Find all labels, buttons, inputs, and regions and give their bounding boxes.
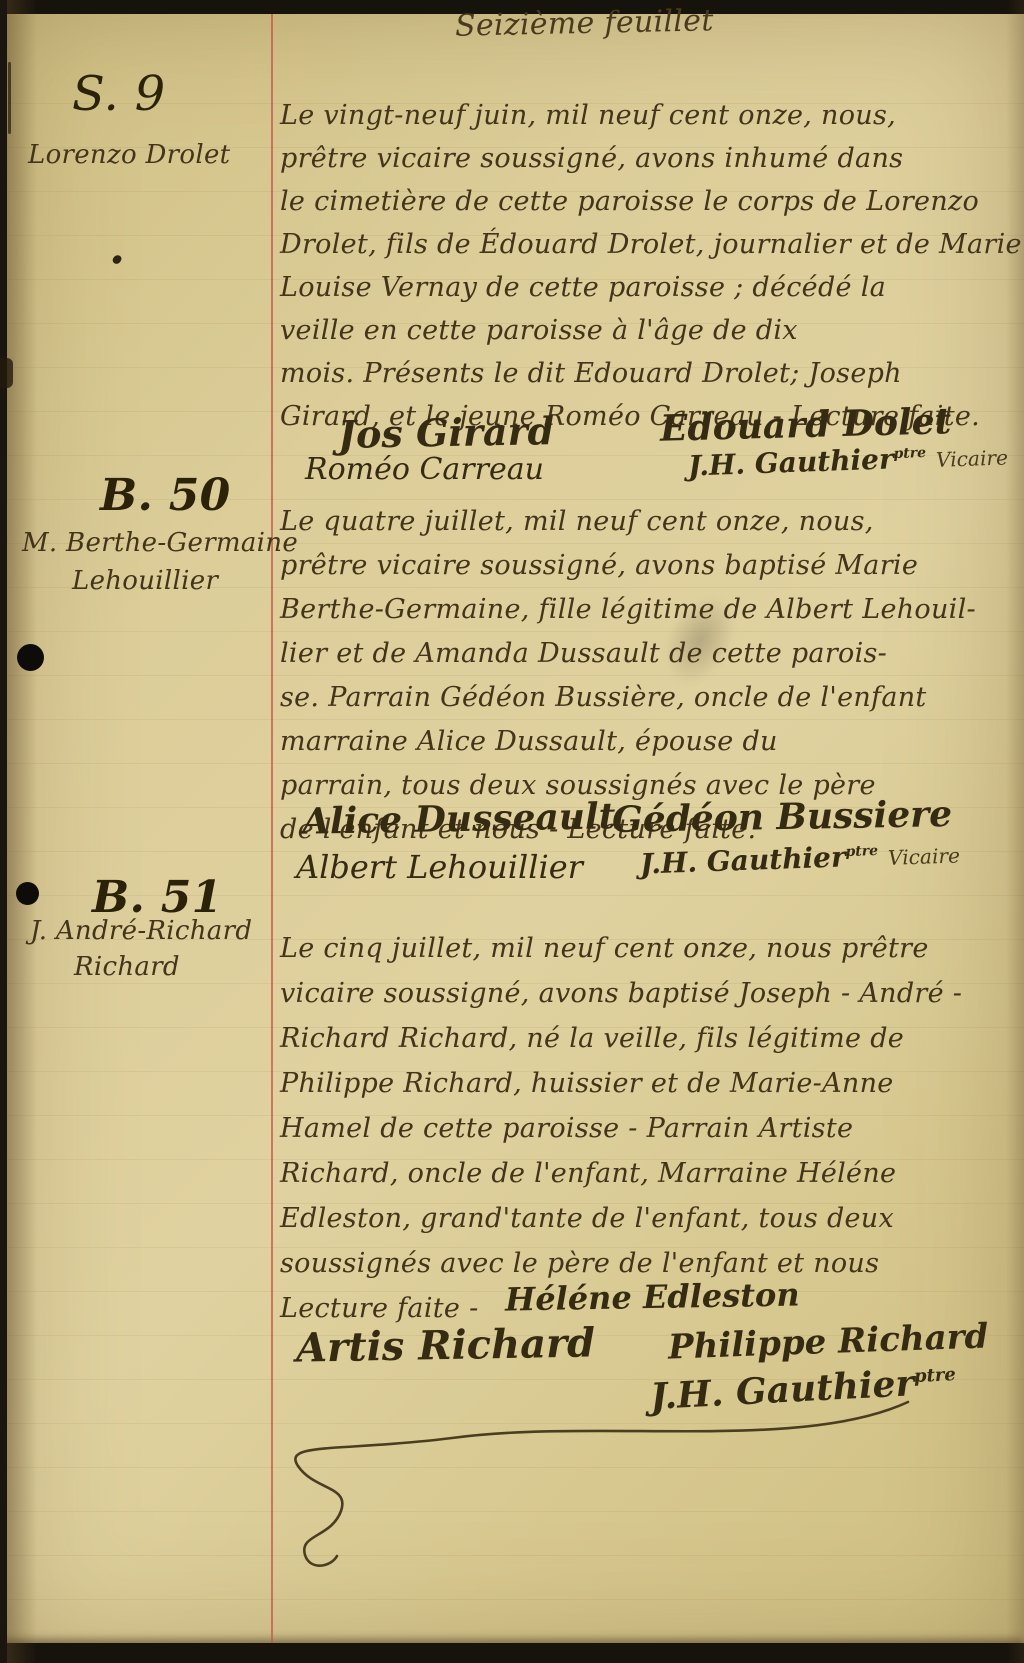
record-text-line: prêtre vicaire soussigné, avons inhumé d… <box>280 137 1014 180</box>
binding-edge <box>0 0 7 1663</box>
margin-name-lorenzo-drolet: Lorenzo Drolet <box>28 140 230 170</box>
margin-code-s9: S. 9 <box>72 66 165 122</box>
priest-name: J.H. Gauthier <box>640 840 847 880</box>
record-text-line: lier et de Amanda Dussault de cette paro… <box>280 632 1014 676</box>
record-text-line: Edleston, grand'tante de l'enfant, tous … <box>280 1196 1014 1241</box>
record-text-line: vicaire soussigné, avons baptisé Joseph … <box>280 971 1014 1016</box>
record-text-line: veille en cette paroisse à l'âge de dix <box>280 309 1014 352</box>
binding-shadow <box>7 0 37 1663</box>
signature-albert-lehouillier: Albert Lehouillier <box>296 848 583 886</box>
record-text-line: marraine Alice Dussault, épouse du <box>280 720 1014 764</box>
signature-artis-richard: Artis Richard <box>296 1319 596 1371</box>
hole-punch <box>17 644 44 671</box>
record-text-line: Berthe-Germaine, fille légitime de Alber… <box>280 588 1014 632</box>
ink-blot <box>111 254 122 266</box>
priest-abbrev: ptre <box>893 445 926 462</box>
register-page: Seizième feuillet S. 9 Lorenzo Drolet Le… <box>0 0 1024 1663</box>
signature-gedeon-bussiere: Gédéon Bussiere <box>612 793 953 841</box>
binding-mark <box>8 62 11 134</box>
margin-rule-line <box>271 14 273 1643</box>
signature-jos-girard: Jos Girard <box>338 408 555 457</box>
signature-romeo-carreau: Roméo Carreau <box>305 452 544 487</box>
record-text-line: se. Parrain Gédéon Bussière, oncle de l'… <box>280 676 1014 720</box>
margin-name-berthe-germaine: M. Berthe-Germaine <box>22 528 298 558</box>
page-header: Seizième feuillet <box>455 3 714 43</box>
record-text-line: mois. Présents le dit Edouard Drolet; Jo… <box>280 352 1014 395</box>
priest-abbrev: ptre <box>913 1364 956 1387</box>
signature-alice-dusseault: Alice Dusseault <box>302 795 616 842</box>
record-text-line: Richard Richard, né la veille, fils légi… <box>280 1016 1014 1061</box>
priest-abbrev: ptre <box>845 843 878 860</box>
record-text-line: Le vingt-neuf juin, mil neuf cent onze, … <box>280 94 1014 137</box>
signature-priest-gauthier: J.H. Gauthierptre <box>649 1360 957 1418</box>
record-text-line: prêtre vicaire soussigné, avons baptisé … <box>280 544 1014 588</box>
priest-title: Vicaire <box>888 843 961 869</box>
record-text-line: Richard, oncle de l'enfant, Marraine Hél… <box>280 1151 1014 1196</box>
record-text-line: Louise Vernay de cette paroisse ; décédé… <box>280 266 1014 309</box>
record-text-line: Le cinq juillet, mil neuf cent onze, nou… <box>280 926 1014 971</box>
record-text-line: Drolet, fils de Édouard Drolet, journali… <box>280 223 1014 266</box>
burial-record-body: Le vingt-neuf juin, mil neuf cent onze, … <box>280 94 1014 438</box>
record-text-line: Le quatre juillet, mil neuf cent onze, n… <box>280 500 1014 544</box>
margin-name-andre-richard: J. André-Richard <box>30 916 252 946</box>
margin-name-richard: Richard <box>74 952 180 982</box>
hole-punch <box>16 882 39 905</box>
record-text-line: Philippe Richard, huissier et de Marie-A… <box>280 1061 1014 1106</box>
signature-helene-edleston: Héléne Edleston <box>505 1275 800 1318</box>
priest-name: J.H. Gauthier <box>649 1362 915 1418</box>
scan-border-bottom <box>0 1643 1024 1663</box>
priest-name: J.H. Gauthier <box>688 442 895 482</box>
margin-name-lehouillier: Lehouillier <box>72 566 218 596</box>
binding-mark <box>0 358 13 388</box>
baptism-record-body-b51: Le cinq juillet, mil neuf cent onze, nou… <box>280 926 1014 1331</box>
record-text-line: Hamel de cette paroisse - Parrain Artist… <box>280 1106 1014 1151</box>
priest-title: Vicaire <box>936 445 1009 471</box>
margin-code-b50: B. 50 <box>100 470 231 521</box>
record-text-line: le cimetière de cette paroisse le corps … <box>280 180 1014 223</box>
